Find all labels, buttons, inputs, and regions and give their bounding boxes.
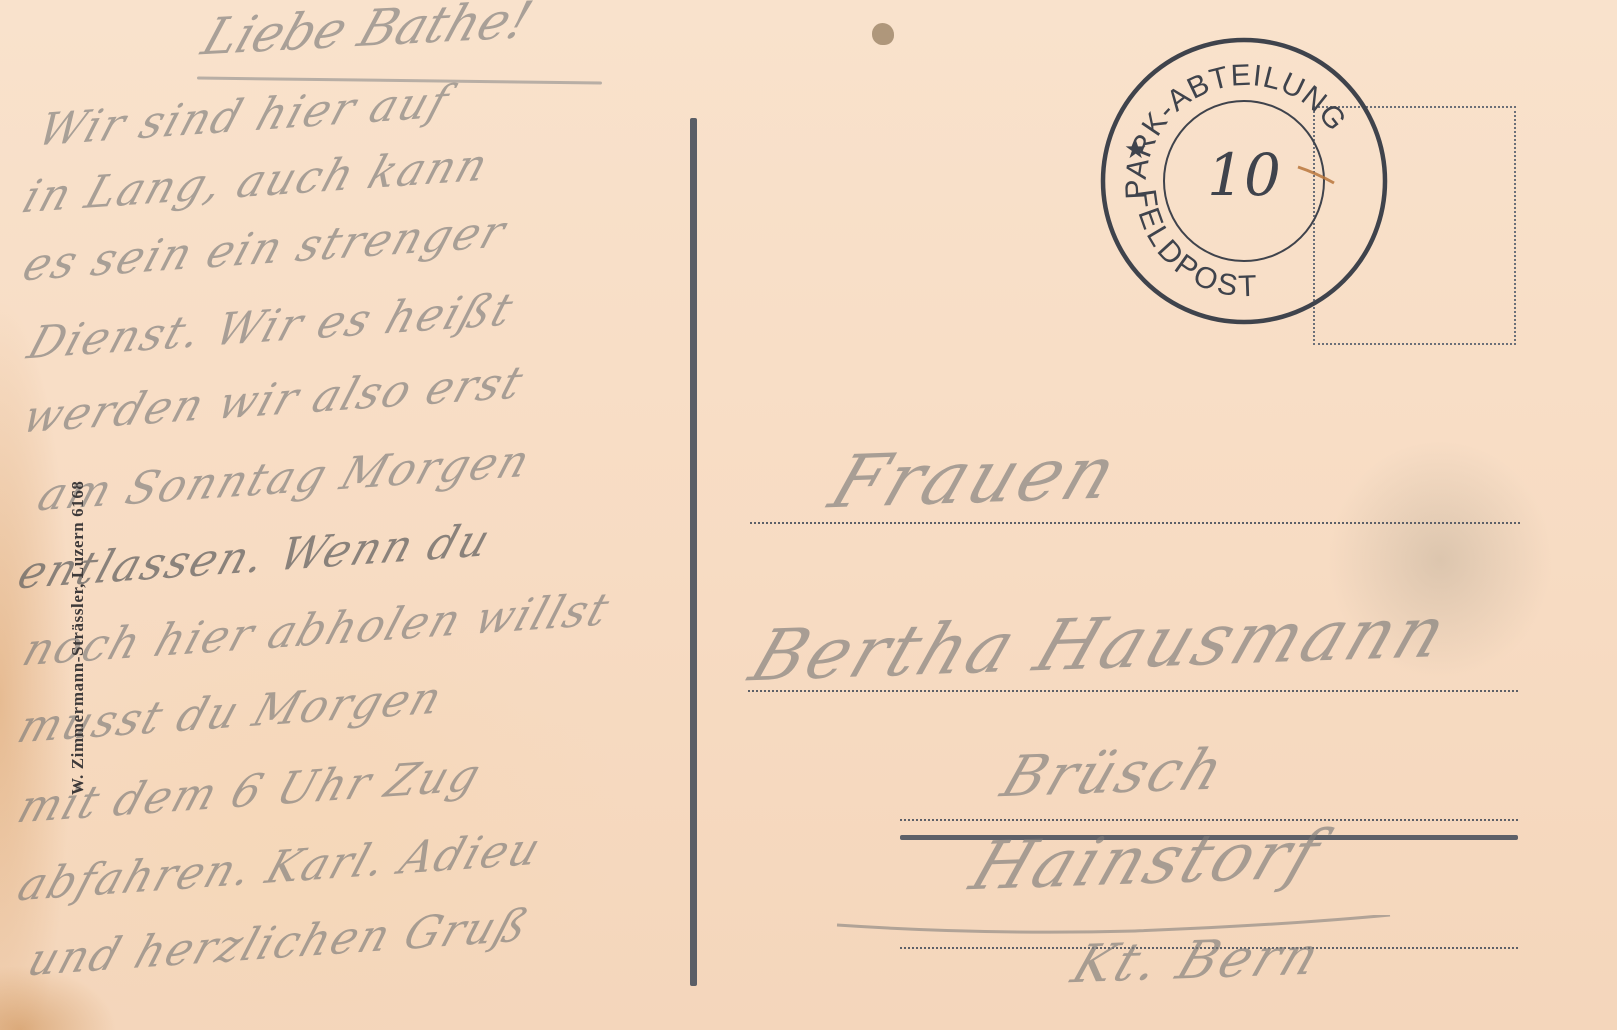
postcard: Liebe Bathe! Wir sind hier auf in Lang, … [0,0,1617,1030]
publisher-imprint: W. Zimmermann-Strässler, Luzern 6168 [68,480,88,795]
message-line: es sein ein strenger [17,206,514,292]
message-line: abfahren. Karl. Adieu [12,823,549,912]
postmark-star: ★ [1124,135,1147,164]
message-line: und herzlichen Gruß [22,900,537,987]
message-line: Wir sind hier auf [32,76,457,157]
center-divider [690,118,697,986]
address-town: Hainstorf [961,815,1333,905]
message-line: am Sonntag Morgen [32,435,538,522]
ink-spot [872,23,894,45]
address-recipient-name: Bertha Hausmann [740,590,1460,697]
address-street: Brüsch [993,737,1235,810]
message-line: werden wir also erst [17,357,532,444]
postmark-icon: PARK-ABTEILUNG FELDPOST ★ 10 [1098,35,1390,327]
postmark-number: 10 [1207,141,1281,209]
message-line: Dienst. Wir es heißt [22,284,521,370]
address-recipient-title: Frauen [820,430,1131,525]
message-greeting: Liebe Bathe! [195,0,540,67]
underline-flourish [835,915,1395,945]
message-line: noch hier abholen willst [17,584,618,677]
